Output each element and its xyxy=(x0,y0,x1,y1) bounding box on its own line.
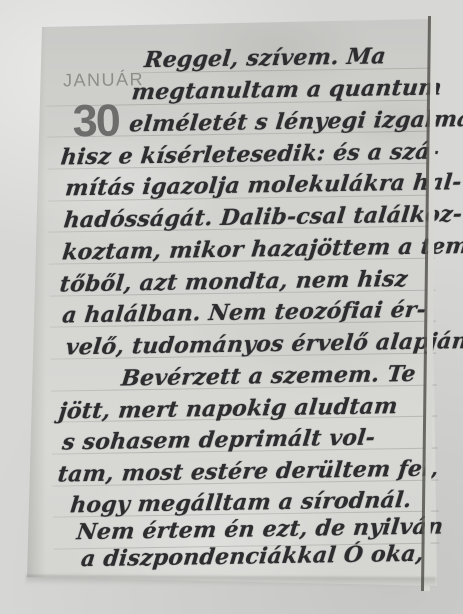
handwritten-line: hisz e kísérletesedik: és a szá- xyxy=(59,138,440,170)
handwritten-line: jött, mert napokig aludtam xyxy=(57,393,399,424)
handwritten-text-block: Reggel, szívem. Mamegtanultam a quantume… xyxy=(29,16,435,22)
page-content: JANUÁR 30 Reggel, szívem. Mamegtanultam … xyxy=(29,16,444,588)
handwritten-line: mítás igazolja molekulákra hal- xyxy=(64,169,463,201)
diary-photo: { "photo": { "background_color": "#d7d7d… xyxy=(0,0,463,614)
day-number: 30 xyxy=(72,95,119,148)
handwritten-line: hogy megálltam a sírodnál. xyxy=(69,487,413,518)
handwritten-line: koztam, mikor hazajöttem a teme- xyxy=(61,233,463,266)
handwritten-line: tőből, azt mondta, nem hisz xyxy=(58,266,409,298)
handwritten-line: hadósságát. Dalib-csal találkoz- xyxy=(62,201,463,233)
handwritten-line: Reggel, szívem. Ma xyxy=(143,43,387,73)
handwritten-line: megtanultam a quantum xyxy=(130,74,443,105)
handwritten-line: a halálban. Nem teozófiai ér- xyxy=(61,297,427,329)
handwritten-line: velő, tudományos érvelő alapján. xyxy=(64,328,463,360)
ruled-lines xyxy=(29,16,435,22)
handwritten-line: Bevérzett a szemem. Te xyxy=(120,361,417,392)
handwritten-line: s sohasem deprimált vol- xyxy=(61,425,377,456)
handwritten-line: tam, most estére derültem fel, xyxy=(56,456,440,488)
handwritten-line: elméletét s lényegi izgalmát, xyxy=(128,106,463,138)
handwritten-line: a diszpondenciákkal Ó oka, xyxy=(80,541,425,572)
